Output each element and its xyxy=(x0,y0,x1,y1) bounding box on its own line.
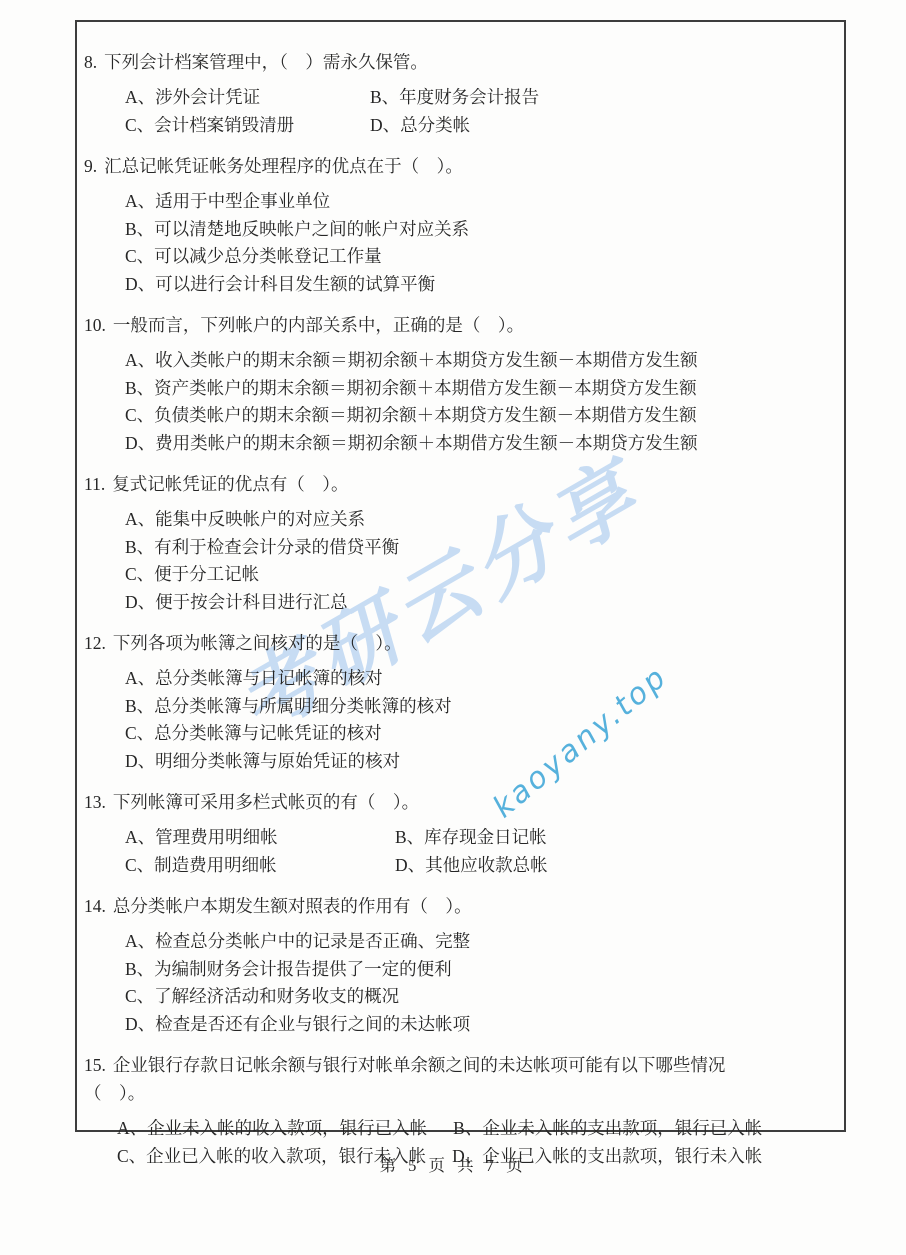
option-a: A、适用于中型企事业单位 xyxy=(125,188,826,216)
question-text: 总分类帐户本期发生额对照表的作用有（ ）。 xyxy=(113,896,472,916)
scanned-exam-page: 考研云分享 8.下列会计档案管理中，（ ）需永久保管。 A、涉外会计凭证 B、年… xyxy=(0,0,906,1255)
question-13: 13.下列帐簿可采用多栏式帐页的有（ ）。 A、管理费用明细帐 B、库存现金日记… xyxy=(84,788,826,879)
question-number: 11. xyxy=(84,474,105,494)
option-c: C、负债类帐户的期末余额＝期初余额＋本期贷方发生额－本期借方发生额 xyxy=(125,402,826,430)
question-text: 汇总记帐凭证帐务处理程序的优点在于（ ）。 xyxy=(104,156,463,176)
options-list: A、适用于中型企事业单位 B、可以清楚地反映帐户之间的帐户对应关系 C、可以减少… xyxy=(125,188,826,298)
page-border-frame: 8.下列会计档案管理中，（ ）需永久保管。 A、涉外会计凭证 B、年度财务会计报… xyxy=(75,20,846,1132)
question-stem-continued: （ ）。 xyxy=(84,1079,826,1107)
question-14: 14.总分类帐户本期发生额对照表的作用有（ ）。 A、检查总分类帐户中的记录是否… xyxy=(84,892,826,1038)
option-d: D、可以进行会计科目发生额的试算平衡 xyxy=(125,271,826,299)
question-number: 9. xyxy=(84,156,97,176)
options-list: A、总分类帐簿与日记帐簿的核对 B、总分类帐簿与所属明细分类帐簿的核对 C、总分… xyxy=(125,665,826,775)
option-b: B、总分类帐簿与所属明细分类帐簿的核对 xyxy=(125,693,826,721)
options-row: C、企业已入帐的收入款项，银行未入帐 D、企业已入帐的支出款项，银行未入帐 xyxy=(117,1143,826,1171)
options-list: A、涉外会计凭证 B、年度财务会计报告 C、会计档案销毁清册 D、总分类帐 xyxy=(125,84,826,139)
options-list: A、管理费用明细帐 B、库存现金日记帐 C、制造费用明细帐 D、其他应收款总帐 xyxy=(125,824,826,879)
question-stem: 15.企业银行存款日记帐余额与银行对帐单余额之间的未达帐项可能有以下哪些情况 xyxy=(84,1051,826,1079)
option-b: B、可以清楚地反映帐户之间的帐户对应关系 xyxy=(125,216,826,244)
options-list: A、收入类帐户的期末余额＝期初余额＋本期贷方发生额－本期借方发生额 B、资产类帐… xyxy=(125,347,826,457)
option-d: D、便于按会计科目进行汇总 xyxy=(125,589,826,617)
option-b: B、年度财务会计报告 xyxy=(370,84,826,112)
option-b: B、库存现金日记帐 xyxy=(395,824,826,852)
option-d: D、检查是否还有企业与银行之间的未达帐项 xyxy=(125,1011,826,1039)
option-b: B、为编制财务会计报告提供了一定的便利 xyxy=(125,956,826,984)
option-d: D、总分类帐 xyxy=(370,112,826,140)
question-number: 8. xyxy=(84,52,97,72)
question-number: 15. xyxy=(84,1055,106,1075)
options-list: A、企业未入帐的收入款项，银行已入帐 B、企业未入帐的支出款项，银行已入帐 C、… xyxy=(117,1115,826,1170)
question-10: 10.一般而言，下列帐户的内部关系中，正确的是（ ）。 A、收入类帐户的期末余额… xyxy=(84,311,826,457)
options-list: A、能集中反映帐户的对应关系 B、有利于检查会计分录的借贷平衡 C、便于分工记帐… xyxy=(125,506,826,616)
question-text: 下列各项为帐簿之间核对的是（ ）。 xyxy=(113,633,402,653)
option-b: B、有利于检查会计分录的借贷平衡 xyxy=(125,534,826,562)
options-list: A、检查总分类帐户中的记录是否正确、完整 B、为编制财务会计报告提供了一定的便利… xyxy=(125,928,826,1038)
question-number: 14. xyxy=(84,896,106,916)
option-b: B、企业未入帐的支出款项，银行已入帐 xyxy=(453,1115,762,1143)
question-text: 一般而言，下列帐户的内部关系中，正确的是（ ）。 xyxy=(113,315,524,335)
option-d: D、费用类帐户的期末余额＝期初余额＋本期借方发生额－本期贷方发生额 xyxy=(125,430,826,458)
question-15: 15.企业银行存款日记帐余额与银行对帐单余额之间的未达帐项可能有以下哪些情况 （… xyxy=(84,1051,826,1170)
question-number: 13. xyxy=(84,792,106,812)
option-b: B、资产类帐户的期末余额＝期初余额＋本期借方发生额－本期贷方发生额 xyxy=(125,375,826,403)
question-stem: 10.一般而言，下列帐户的内部关系中，正确的是（ ）。 xyxy=(84,311,826,339)
option-c: C、会计档案销毁清册 xyxy=(125,112,370,140)
option-a: A、总分类帐簿与日记帐簿的核对 xyxy=(125,665,826,693)
question-8: 8.下列会计档案管理中，（ ）需永久保管。 A、涉外会计凭证 B、年度财务会计报… xyxy=(84,48,826,139)
option-c: C、了解经济活动和财务收支的概况 xyxy=(125,983,826,1011)
question-stem: 14.总分类帐户本期发生额对照表的作用有（ ）。 xyxy=(84,892,826,920)
option-c: C、制造费用明细帐 xyxy=(125,852,395,880)
question-stem: 8.下列会计档案管理中，（ ）需永久保管。 xyxy=(84,48,826,76)
option-a: A、检查总分类帐户中的记录是否正确、完整 xyxy=(125,928,826,956)
question-stem: 9.汇总记帐凭证帐务处理程序的优点在于（ ）。 xyxy=(84,152,826,180)
option-d: D、其他应收款总帐 xyxy=(395,852,826,880)
question-9: 9.汇总记帐凭证帐务处理程序的优点在于（ ）。 A、适用于中型企事业单位 B、可… xyxy=(84,152,826,298)
question-text: 下列会计档案管理中，（ ）需永久保管。 xyxy=(104,52,428,72)
option-a: A、收入类帐户的期末余额＝期初余额＋本期贷方发生额－本期借方发生额 xyxy=(125,347,826,375)
question-text: 下列帐簿可采用多栏式帐页的有（ ）。 xyxy=(113,792,419,812)
option-a: A、能集中反映帐户的对应关系 xyxy=(125,506,826,534)
option-c: C、企业已入帐的收入款项，银行未入帐 xyxy=(117,1143,426,1171)
option-c: C、可以减少总分类帐登记工作量 xyxy=(125,243,826,271)
question-number: 12. xyxy=(84,633,106,653)
option-c: C、便于分工记帐 xyxy=(125,561,826,589)
option-a: A、涉外会计凭证 xyxy=(125,84,370,112)
question-12: 12.下列各项为帐簿之间核对的是（ ）。 A、总分类帐簿与日记帐簿的核对 B、总… xyxy=(84,629,826,775)
question-stem: 12.下列各项为帐簿之间核对的是（ ）。 xyxy=(84,629,826,657)
question-text: 复式记帐凭证的优点有（ ）。 xyxy=(112,474,348,494)
option-a: A、企业未入帐的收入款项，银行已入帐 xyxy=(117,1115,427,1143)
option-a: A、管理费用明细帐 xyxy=(125,824,395,852)
question-stem: 11.复式记帐凭证的优点有（ ）。 xyxy=(84,470,826,498)
question-text: 企业银行存款日记帐余额与银行对帐单余额之间的未达帐项可能有以下哪些情况 xyxy=(113,1055,726,1075)
option-c: C、总分类帐簿与记帐凭证的核对 xyxy=(125,720,826,748)
question-11: 11.复式记帐凭证的优点有（ ）。 A、能集中反映帐户的对应关系 B、有利于检查… xyxy=(84,470,826,616)
option-d: D、明细分类帐簿与原始凭证的核对 xyxy=(125,748,826,776)
option-d: D、企业已入帐的支出款项，银行未入帐 xyxy=(452,1143,762,1171)
question-stem: 13.下列帐簿可采用多栏式帐页的有（ ）。 xyxy=(84,788,826,816)
options-row: A、企业未入帐的收入款项，银行已入帐 B、企业未入帐的支出款项，银行已入帐 xyxy=(117,1115,826,1143)
question-number: 10. xyxy=(84,315,106,335)
